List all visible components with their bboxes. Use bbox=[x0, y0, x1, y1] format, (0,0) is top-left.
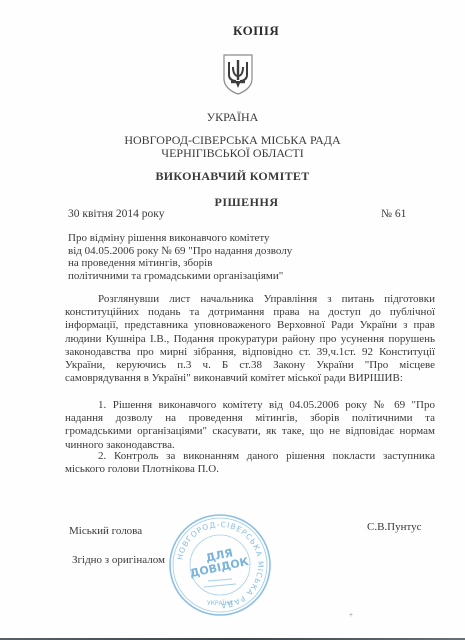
subject-line: від 04.05.2006 року № 69 "Про надання до… bbox=[68, 245, 292, 258]
decision-date: 30 квітня 2014 року bbox=[68, 208, 164, 220]
official-stamp: НОВГОРОД-СІВЕРСЬКА МІСЬКА РАДА ДЛЯ ДОВІД… bbox=[168, 513, 272, 617]
trident-coat-of-arms-icon bbox=[222, 53, 254, 95]
document-page: КОПІЯ УКРАЇНА НОВГОРОД-СІВЕРСЬКА МІСЬКА … bbox=[0, 0, 465, 638]
preamble-paragraph: Розглянувши лист начальника Управління з… bbox=[65, 293, 435, 385]
signatory-title: Міський голова bbox=[69, 525, 142, 537]
subject-line: Про відміну рішення виконавчого комітету bbox=[68, 232, 292, 245]
certification-note: Згідно з оригіналом bbox=[72, 554, 165, 566]
executive-committee-heading: ВИКОНАВЧИЙ КОМІТЕТ bbox=[0, 169, 465, 184]
scan-speck: + bbox=[349, 611, 353, 619]
stamp-bottom-text: УКРАЇНА bbox=[207, 600, 234, 607]
decision-number: № 61 bbox=[381, 208, 406, 220]
copy-mark: КОПІЯ bbox=[233, 23, 279, 39]
subject-line: політичними та громадськими організаціям… bbox=[68, 270, 292, 283]
decision-subject: Про відміну рішення виконавчого комітету… bbox=[68, 232, 292, 283]
clause-2: 2. Контроль за виконанням даного рішення… bbox=[65, 450, 435, 476]
country-heading: УКРАЇНА bbox=[0, 110, 465, 125]
signatory-name: С.В.Пунтус bbox=[367, 521, 422, 533]
subject-line: на проведення мітингів, зборів bbox=[68, 257, 292, 270]
council-region: ЧЕРНІГІВСЬКОЇ ОБЛАСТІ bbox=[0, 146, 465, 161]
clause-1: 1. Рішення виконавчого комітету від 04.0… bbox=[65, 399, 435, 452]
